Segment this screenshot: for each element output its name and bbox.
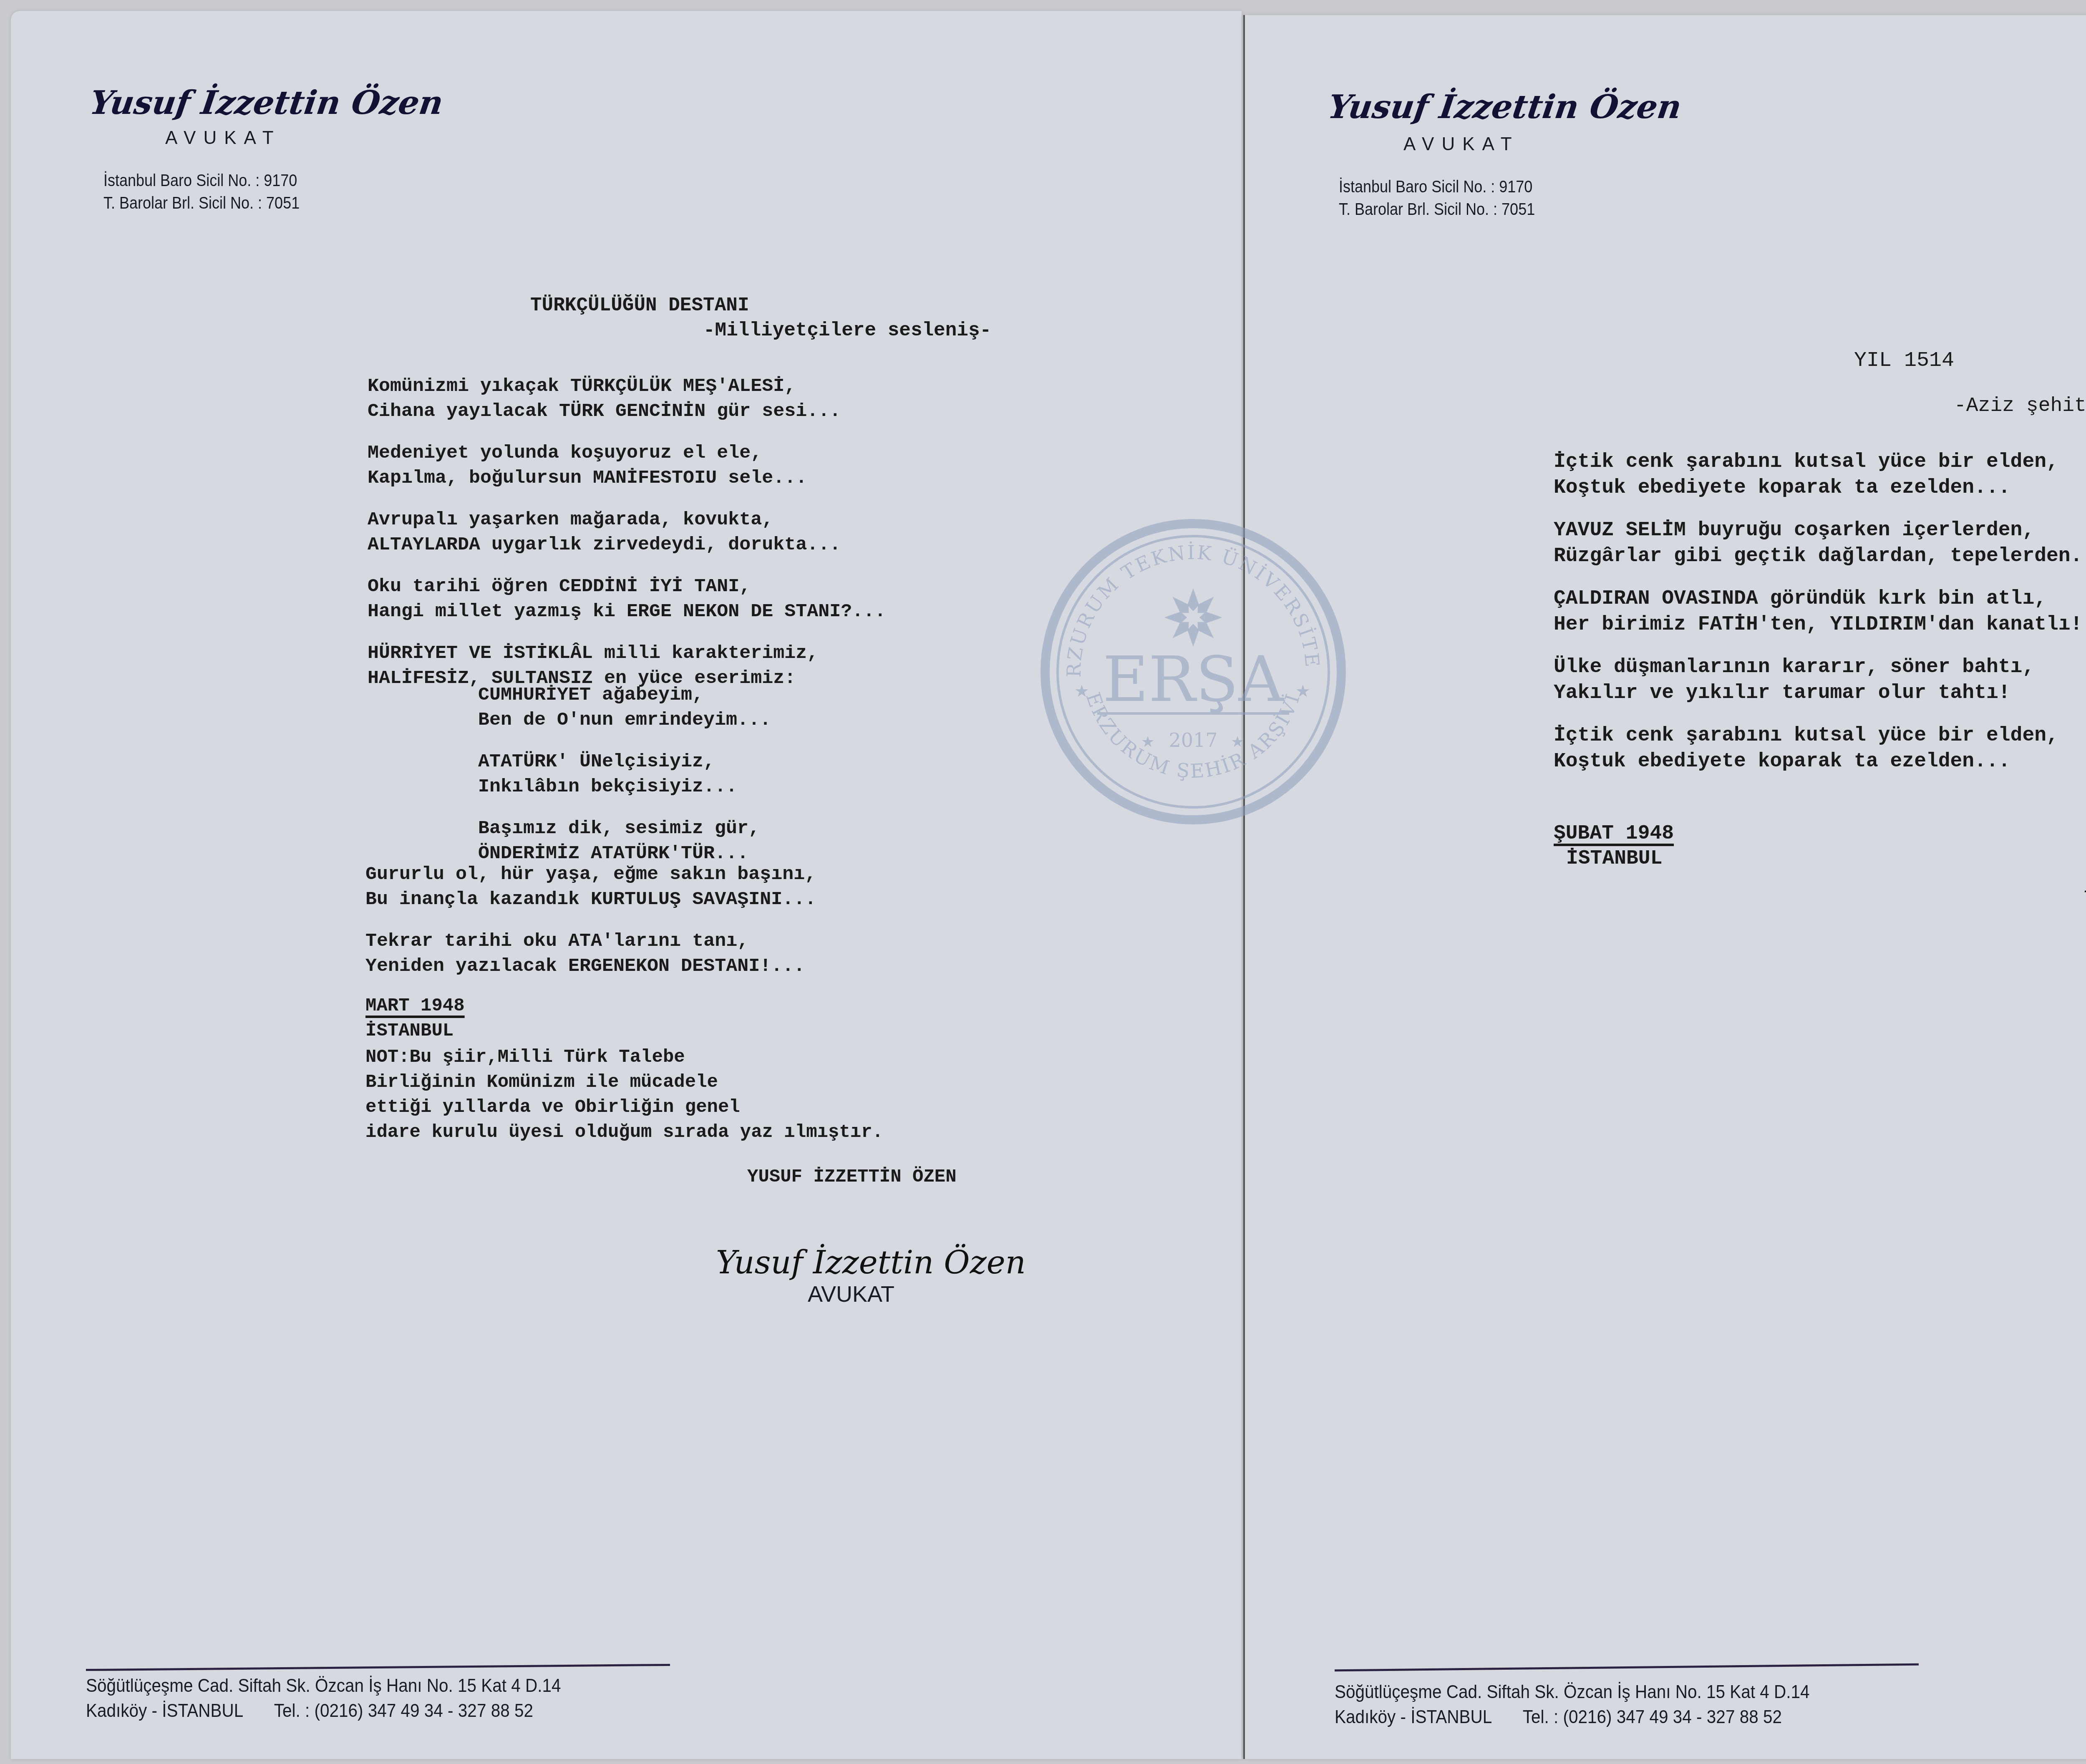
- stanza: Komünizmi yıkaçak TÜRKÇÜLÜK MEŞ'ALESİ,Ci…: [368, 374, 886, 424]
- stamp-center-text: ERŞA: [1103, 643, 1284, 716]
- union-registration: T. Barolar Brl. Sicil No. : 7051: [1339, 198, 1535, 221]
- stanza: CUMHURİYET ağabeyim,Ben de O'nun emrinde…: [478, 683, 771, 733]
- poem-line: ALTAYLARDA uygarlık zirvedeydi, dorukta.…: [368, 532, 886, 557]
- poem-line: Bu inançla kazandık KURTULUŞ SAVAŞINI...: [365, 887, 816, 912]
- star-icon: ★: [1074, 682, 1089, 701]
- poem-line: Avrupalı yaşarken mağarada, kovukta,: [368, 507, 886, 532]
- letterhead-title: AVUKAT: [1403, 134, 1519, 155]
- stamp-year: 2017: [1169, 729, 1217, 751]
- poem-line: Yeniden yazılacak ERGENEKON DESTANI!...: [365, 954, 816, 979]
- handwritten-signature: Yusuf İzzettin Özen: [2083, 864, 2086, 920]
- union-registration: T. Barolar Brl. Sicil No. : 7051: [103, 192, 300, 214]
- stanza: İçtik cenk şarabını kutsal yüce bir elde…: [1554, 449, 2086, 501]
- star-icon: ★: [1141, 733, 1154, 751]
- footer-address: Söğütlüçeşme Cad. Siftah Sk. Özcan İş Ha…: [1335, 1680, 1810, 1730]
- poem-line: Oku tarihi öğren CEDDİNİ İYİ TANI,: [368, 574, 886, 599]
- poem-line: Koştuk ebediyete koparak ta ezelden...: [1554, 475, 2086, 501]
- snowflake-icon: [1164, 588, 1222, 647]
- bar-registration: İstanbul Baro Sicil No. : 9170: [103, 169, 300, 192]
- footer-address: Söğütlüçeşme Cad. Siftah Sk. Özcan İş Ha…: [86, 1673, 561, 1724]
- stanza: Oku tarihi öğren CEDDİNİ İYİ TANI,Hangi …: [368, 574, 886, 624]
- stanza: Avrupalı yaşarken mağarada, kovukta,ALTA…: [368, 507, 886, 557]
- stanza: ATATÜRK' ÜNelçisiyiz,Inkılâbın bekçisiyi…: [478, 749, 771, 799]
- poem-date: MART 1948: [365, 995, 465, 1016]
- footer-tel: Tel. : (0216) 347 49 34 - 327 88 52: [1523, 1707, 1782, 1727]
- poem-date: ŞUBAT 1948: [1554, 822, 1674, 845]
- poem-line: Rüzgârlar gibi geçtik dağlardan, tepeler…: [1554, 543, 2086, 569]
- poem-title: YIL 1514: [1854, 349, 1954, 373]
- poem-line: Cihana yayılacak TÜRK GENCİNİN gür sesi.…: [368, 399, 886, 424]
- poem-title: TÜRKÇÜLÜĞÜN DESTANI: [530, 295, 749, 316]
- poem-line: Gururlu ol, hür yaşa, eğme sakın başını,: [365, 862, 816, 887]
- footer-tel: Tel. : (0216) 347 49 34 - 327 88 52: [274, 1701, 533, 1721]
- poem-line: Medeniyet yolunda koşuyoruz el ele,: [368, 441, 886, 466]
- footer-city-tel: Kadıköy - İSTANBULTel. : (0216) 347 49 3…: [1335, 1705, 1810, 1730]
- poem-line: Ben de O'nun emrindeyim...: [478, 708, 771, 733]
- handwritten-signature: Yusuf İzzettin Özen: [716, 1244, 1026, 1281]
- note-line: NOT:Bu şiir,Milli Türk Talebe: [365, 1045, 883, 1070]
- footer-city-tel: Kadıköy - İSTANBULTel. : (0216) 347 49 3…: [86, 1698, 561, 1724]
- letterhead-title: AVUKAT: [165, 128, 281, 149]
- star-icon: ★: [1295, 682, 1310, 701]
- poem-place: İSTANBUL: [365, 1021, 453, 1041]
- stanza: İçtik cenk şarabını kutsal yüce bir elde…: [1554, 723, 2086, 774]
- poem-line: Başımız dik, sesimiz gür,: [478, 816, 771, 841]
- poem-line: Komünizmi yıkaçak TÜRKÇÜLÜK MEŞ'ALESİ,: [368, 374, 886, 399]
- footer-street: Söğütlüçeşme Cad. Siftah Sk. Özcan İş Ha…: [86, 1673, 561, 1698]
- letterhead-registration: İstanbul Baro Sicil No. : 9170 T. Barola…: [1339, 176, 1535, 221]
- footer-city: Kadıköy - İSTANBUL: [86, 1701, 243, 1721]
- poem-body: Komünizmi yıkaçak TÜRKÇÜLÜK MEŞ'ALESİ,Ci…: [368, 374, 886, 708]
- stanza: Tekrar tarihi oku ATA'larını tanı,Yenide…: [365, 929, 816, 979]
- poem-subtitle: -Milliyetçilere sesleniş-: [703, 320, 991, 341]
- stanza: YAVUZ SELİM buyruğu coşarken içerlerden,…: [1554, 517, 2086, 569]
- note-line: idare kurulu üyesi olduğum sırada yaz ıl…: [365, 1120, 883, 1145]
- letterhead-registration: İstanbul Baro Sicil No. : 9170 T. Barola…: [103, 169, 300, 214]
- signature-title: AVUKAT: [808, 1281, 894, 1307]
- poem-line: ÇALDIRAN OVASINDA göründük kırk bin atlı…: [1554, 586, 2086, 612]
- poem-line: Hangi millet yazmış ki ERGE NEKON DE STA…: [368, 599, 886, 624]
- poem-line: HÜRRİYET VE İSTİKLÂL milli karakterimiz,: [368, 641, 886, 666]
- letterhead-name: Yusuf İzzettin Özen: [1326, 88, 1684, 126]
- note-line: ettiği yıllarda ve Obirliğin genel: [365, 1095, 883, 1120]
- poem-line: Inkılâbın bekçisiyiz...: [478, 774, 771, 799]
- poem-line: YAVUZ SELİM buyruğu coşarken içerlerden,: [1554, 517, 2086, 543]
- poem-place: İSTANBUL: [1566, 847, 1662, 870]
- poem-closing-body: Gururlu ol, hür yaşa, eğme sakın başını,…: [365, 862, 816, 995]
- poem-subtitle: -Aziz şehitlerin ruhuna şükranla-: [1954, 395, 2086, 417]
- footer-city: Kadıköy - İSTANBUL: [1335, 1707, 1492, 1727]
- archive-stamp: ERZURUM TEKNİK ÜNİVERSİTESİ ERZURUM ŞEHİ…: [1035, 513, 1352, 830]
- poem-line: Her birimiz FATİH'ten, YILDIRIM'dan kana…: [1554, 612, 2086, 638]
- poem-line: CUMHURİYET ağabeyim,: [478, 683, 771, 708]
- poem-line: ATATÜRK' ÜNelçisiyiz,: [478, 749, 771, 774]
- poem-body: İçtik cenk şarabını kutsal yüce bir elde…: [1554, 449, 2086, 791]
- poem-line: Yakılır ve yıkılır tarumar olur tahtı!: [1554, 680, 2086, 706]
- poem-indented-body: CUMHURİYET ağabeyim,Ben de O'nun emrinde…: [478, 683, 771, 883]
- left-page: Yusuf İzzettin Özen AVUKAT İstanbul Baro…: [11, 11, 1242, 1759]
- stanza: Medeniyet yolunda koşuyoruz el ele,Kapıl…: [368, 441, 886, 491]
- footer-rule: [1335, 1663, 1919, 1672]
- stanza: Gururlu ol, hür yaşa, eğme sakın başını,…: [365, 862, 816, 912]
- stanza: Başımız dik, sesimiz gür,ÖNDERİMİZ ATATÜ…: [478, 816, 771, 866]
- note-line: Birliğinin Komünizm ile mücadele: [365, 1070, 883, 1095]
- right-page: Yusuf İzzettin Özen AVUKAT İstanbul Baro…: [1243, 15, 2086, 1759]
- poem-line: Tekrar tarihi oku ATA'larını tanı,: [365, 929, 816, 954]
- poem-line: Koştuk ebediyete koparak ta ezelden...: [1554, 748, 2086, 774]
- bar-registration: İstanbul Baro Sicil No. : 9170: [1339, 176, 1535, 198]
- stanza: ÇALDIRAN OVASINDA göründük kırk bin atlı…: [1554, 586, 2086, 638]
- letterhead-name: Yusuf İzzettin Özen: [88, 84, 446, 122]
- poem-line: Ülke düşmanlarının kararır, söner bahtı,: [1554, 654, 2086, 680]
- footer-street: Söğütlüçeşme Cad. Siftah Sk. Özcan İş Ha…: [1335, 1680, 1810, 1705]
- stanza: Ülke düşmanlarının kararır, söner bahtı,…: [1554, 654, 2086, 706]
- star-icon: ★: [1231, 733, 1244, 751]
- poem-line: İçtik cenk şarabını kutsal yüce bir elde…: [1554, 449, 2086, 475]
- poem-note: NOT:Bu şiir,Milli Türk TalebeBirliğinin …: [365, 1045, 883, 1145]
- typed-signature: YUSUF İZZETTİN ÖZEN: [747, 1167, 957, 1187]
- poem-line: İçtik cenk şarabını kutsal yüce bir elde…: [1554, 723, 2086, 748]
- footer-rule: [86, 1664, 670, 1671]
- poem-line: Kapılma, boğulursun MANİFESTOIU sele...: [368, 466, 886, 491]
